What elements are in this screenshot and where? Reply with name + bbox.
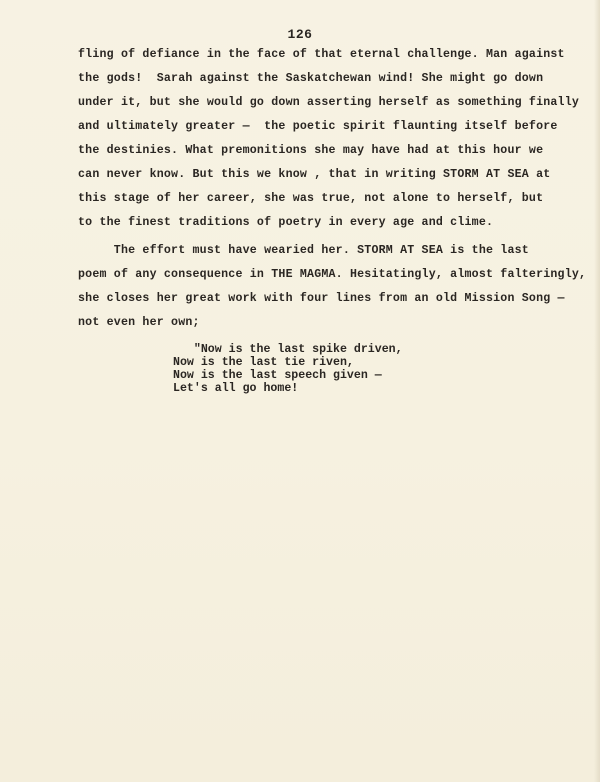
text-line: The effort must have wearied her. STORM … xyxy=(78,244,529,257)
typewritten-page: 126 fling of defiance in the face of tha… xyxy=(0,0,600,782)
text-line: can never know. But this we know , that … xyxy=(78,168,550,181)
text-line: the destinies. What premonitions she may… xyxy=(78,144,543,157)
verse-line: Now is the last tie riven, xyxy=(173,356,354,369)
text-line: to the finest traditions of poetry in ev… xyxy=(78,216,493,229)
text-line: she closes her great work with four line… xyxy=(78,292,565,305)
text-line: not even her own; xyxy=(78,316,200,329)
text-line: under it, but she would go down assertin… xyxy=(78,96,579,109)
text-line: fling of defiance in the face of that et… xyxy=(78,48,565,61)
page-number: 126 xyxy=(0,27,600,42)
text-line: this stage of her career, she was true, … xyxy=(78,192,543,205)
verse-line: Now is the last speech given — xyxy=(173,369,382,382)
text-line: the gods! Sarah against the Saskatchewan… xyxy=(78,72,543,85)
verse-line: Let's all go home! xyxy=(173,382,298,395)
text-line: and ultimately greater — the poetic spir… xyxy=(78,120,558,133)
verse-line: "Now is the last spike driven, xyxy=(173,343,403,356)
text-line: poem of any consequence in THE MAGMA. He… xyxy=(78,268,586,281)
